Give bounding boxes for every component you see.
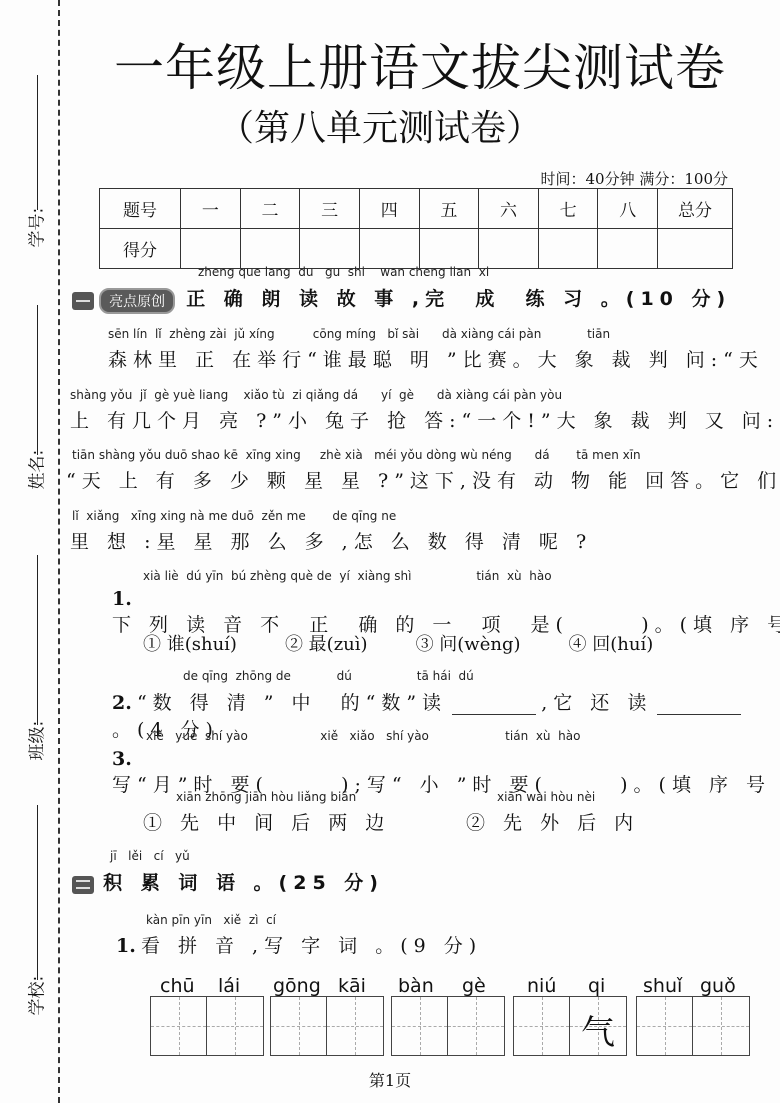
school-line	[37, 805, 38, 980]
table-cell: 四	[359, 189, 419, 229]
writing-grid-4: 气	[513, 996, 627, 1056]
grid-pinyin: niú	[527, 975, 556, 997]
section2-heading: 积 累 词 语 。(25 分)	[72, 868, 384, 895]
question-number: 3.	[112, 748, 132, 770]
story-line-1: 森林里 正 在举行“谁最聪 明 ”比赛。大 象 裁 判 问:“天	[108, 345, 764, 372]
s2q1-pinyin: kàn pīn yīn xiě zì cí	[146, 913, 276, 927]
grid-pinyin: shuǐ	[643, 975, 682, 997]
table-row-score: 得分	[100, 229, 733, 269]
section1-heading: 亮点原创 正 确 朗 读 故 事 ,完 成 练 习 。(10 分)	[72, 284, 731, 314]
table-cell: 七	[538, 189, 598, 229]
writing-cell[interactable]	[392, 997, 448, 1055]
table-cell: 得分	[100, 229, 181, 269]
grid-pinyin: kāi	[338, 975, 366, 997]
table-cell: 二	[240, 189, 300, 229]
story-line-3: “天 上 有 多 少 颗 星 星 ?”这下,没有 动 物 能 回答。它 们 心	[66, 466, 780, 493]
writing-grid-1	[150, 996, 264, 1056]
section-one-icon	[72, 292, 94, 310]
question-number: 2.	[112, 692, 132, 714]
score-input-cell[interactable]	[419, 229, 479, 269]
table-cell: 三	[300, 189, 360, 229]
table-row-header: 题号 一 二 三 四 五 六 七 八 总分	[100, 189, 733, 229]
score-input-cell[interactable]	[479, 229, 539, 269]
q1-options: ① 谁(shuí) ② 最(zuì) ③ 问(wèng) ④ 回(huí)	[143, 630, 653, 656]
section1-pinyin: zheng que lang du gu shi wan cheng lian …	[198, 265, 489, 279]
writing-cell[interactable]	[271, 997, 327, 1055]
score-input-cell[interactable]	[240, 229, 300, 269]
q3-pinyin: xiě yuè shí yào xiě xiǎo shí yào tián xù…	[146, 729, 580, 743]
table-cell: 五	[419, 189, 479, 229]
exam-meta: 时间：40分钟 满分：100分	[541, 168, 729, 189]
grid-pinyin: qi	[588, 975, 605, 997]
table-cell: 总分	[658, 189, 733, 229]
writing-cell-filled[interactable]: 气	[570, 997, 626, 1055]
grid-pinyin: gè	[462, 975, 486, 997]
option-4[interactable]: ④ 回(huí)	[569, 630, 654, 656]
story-pinyin-4: lǐ xiǎng xīng xing nà me duō zěn me de q…	[72, 509, 396, 523]
option-1[interactable]: ① 谁(shuí)	[143, 630, 237, 656]
story-pinyin-2: shàng yǒu jǐ gè yuè liang xiǎo tù zi qiǎ…	[70, 388, 562, 402]
answer-blank-1[interactable]	[452, 698, 536, 715]
name-line	[37, 305, 38, 455]
story-line-4: 里 想 :星 星 那 么 多 ,怎 么 数 得 清 呢 ?	[70, 527, 592, 554]
table-cell: 题号	[100, 189, 181, 229]
score-table: 题号 一 二 三 四 五 六 七 八 总分 得分	[99, 188, 733, 269]
option-2[interactable]: ② 最(zuì)	[285, 630, 368, 656]
grid-pinyin: bàn	[398, 975, 434, 997]
q3-option-2[interactable]: ② 先 外 后 内	[466, 808, 639, 835]
writing-cell[interactable]	[693, 997, 749, 1055]
q1-pinyin: xià liè dú yīn bú zhèng què de yí xiàng …	[143, 569, 552, 583]
story-pinyin-3: tiān shàng yǒu duō shao kē xīng xing zhè…	[72, 448, 641, 462]
table-cell: 八	[598, 189, 658, 229]
original-badge: 亮点原创	[99, 288, 175, 314]
grid-pinyin: lái	[218, 975, 240, 997]
score-input-cell[interactable]	[300, 229, 360, 269]
q3-option1-pinyin: xiān zhōng jiān hòu liǎng biān	[176, 790, 356, 804]
q2-pinyin: de qīng zhōng de dú tā hái dú	[183, 669, 474, 683]
score-input-cell[interactable]	[598, 229, 658, 269]
section2-title: 积 累 词 语 。(25 分)	[103, 872, 384, 894]
writing-cell[interactable]	[151, 997, 207, 1055]
writing-cell[interactable]	[514, 997, 570, 1055]
page-subtitle: （第八单元测试卷）	[100, 100, 660, 151]
name-label: 姓名:	[23, 460, 48, 490]
score-input-cell[interactable]	[359, 229, 419, 269]
writing-grid-3	[391, 996, 505, 1056]
writing-cell[interactable]	[448, 997, 504, 1055]
section-two-icon	[72, 876, 94, 894]
score-input-cell[interactable]	[181, 229, 241, 269]
grid-pinyin: chū	[160, 975, 195, 997]
binding-dashed-line	[58, 0, 60, 1103]
student-id-label: 学号:	[23, 218, 48, 248]
q3-option2-pinyin: xiān wài hòu nèi	[497, 790, 595, 804]
class-label: 班级:	[23, 731, 48, 761]
section2-question-1: 1. 看 拼 音 ,写 字 词 。(9 分)	[116, 931, 482, 958]
writing-cell[interactable]	[207, 997, 263, 1055]
writing-grid-2	[270, 996, 384, 1056]
option-3[interactable]: ③ 问(wèng)	[416, 630, 521, 656]
score-input-cell[interactable]	[658, 229, 733, 269]
section2-pinyin: jī lěi cí yǔ	[110, 849, 190, 863]
school-label: 学校:	[23, 986, 48, 1016]
grid-pinyin: gōng	[273, 975, 321, 997]
student-id-line	[37, 75, 38, 210]
question-text: 看 拼 音 ,写 字 词 。(9 分)	[141, 935, 482, 957]
question-text: ,它 还 读	[541, 692, 652, 714]
table-cell: 一	[181, 189, 241, 229]
table-cell: 六	[479, 189, 539, 229]
writing-cell[interactable]	[327, 997, 383, 1055]
page-number: 第1页	[0, 1068, 780, 1091]
class-line	[37, 555, 38, 725]
section1-title: 正 确 朗 读 故 事 ,完 成 练 习 。(10 分)	[186, 288, 731, 310]
score-input-cell[interactable]	[538, 229, 598, 269]
q3-option-1[interactable]: ① 先 中 间 后 两 边	[143, 808, 390, 835]
story-pinyin-1: sēn lín lǐ zhèng zài jǔ xíng cōng míng b…	[108, 327, 610, 341]
page-title: 一年级上册语文拔尖测试卷	[100, 28, 740, 100]
question-number: 1.	[112, 588, 132, 610]
grid-pinyin: guǒ	[700, 975, 736, 997]
question-text: “数 得 清 ” 中 的“数”读	[137, 692, 447, 714]
answer-blank-2[interactable]	[657, 698, 741, 715]
story-line-2: 上 有几个月 亮 ?”小 兔子 抢 答:“一个!”大 象 裁 判 又 问:	[70, 406, 779, 433]
question-number: 1.	[116, 935, 136, 957]
writing-cell[interactable]	[637, 997, 693, 1055]
writing-grid-5	[636, 996, 750, 1056]
